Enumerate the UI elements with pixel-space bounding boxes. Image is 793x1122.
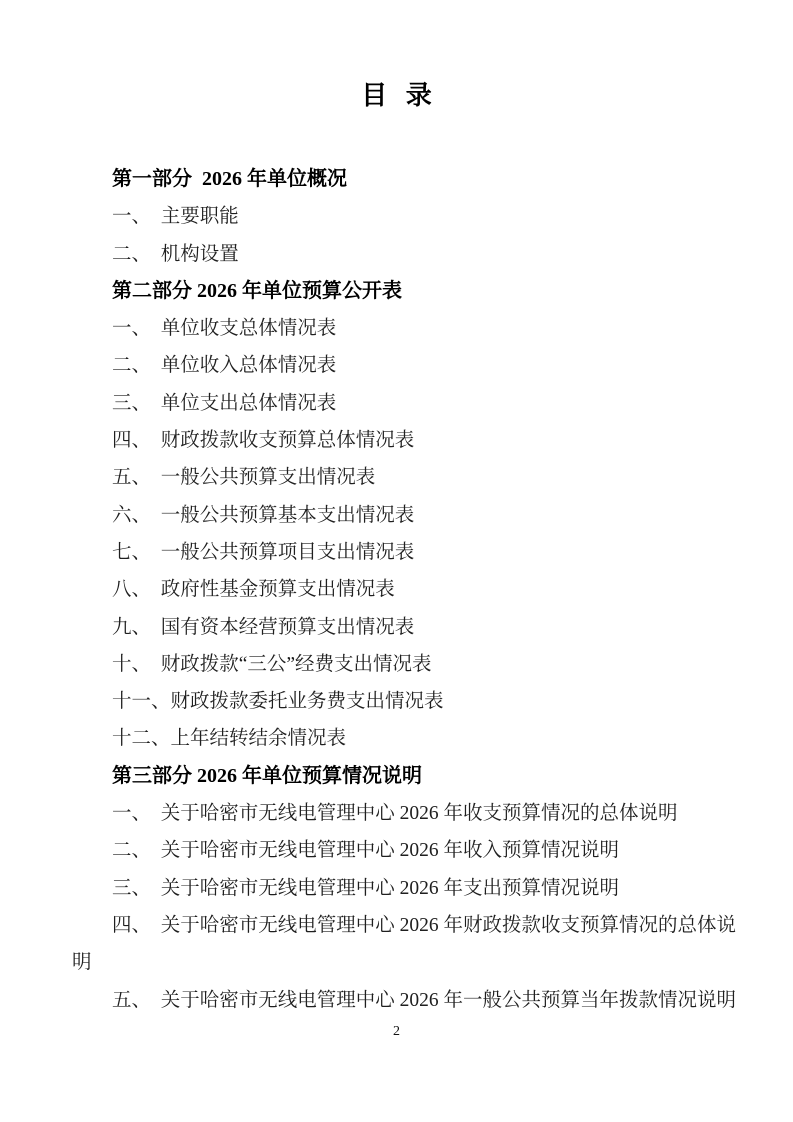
toc-entry: 六、 一般公共预算基本支出情况表 [72,497,743,534]
document-page: 目 录 第一部分 2026 年单位概况 一、 主要职能 二、 机构设置 第二部分… [0,0,793,1122]
toc-entry: 十、 财政拨款“三公”经费支出情况表 [72,646,743,683]
toc-entry: 一、 关于哈密市无线电管理中心 2026 年收支预算情况的总体说明 [72,795,743,832]
toc-entry: 四、 关于哈密市无线电管理中心 2026 年财政拨款收支预算情况的总体说明 [72,907,743,982]
toc-entry: 二、 机构设置 [72,236,743,273]
page-number: 2 [393,1024,400,1039]
page-footer: 2 [0,1022,793,1042]
toc-section-1: 第一部分 2026 年单位概况 一、 主要职能 二、 机构设置 [72,161,743,273]
toc-section-heading: 第三部分 2026 年单位预算情况说明 [72,758,743,795]
table-of-contents: 第一部分 2026 年单位概况 一、 主要职能 二、 机构设置 第二部分 202… [0,161,793,1019]
toc-section-heading: 第二部分 2026 年单位预算公开表 [72,273,743,310]
toc-entry: 八、 政府性基金预算支出情况表 [72,571,743,608]
toc-section-3: 第三部分 2026 年单位预算情况说明 一、 关于哈密市无线电管理中心 2026… [72,758,743,1019]
toc-entry: 三、 关于哈密市无线电管理中心 2026 年支出预算情况说明 [72,870,743,907]
toc-entry: 三、 单位支出总体情况表 [72,385,743,422]
toc-entry: 四、 财政拨款收支预算总体情况表 [72,422,743,459]
toc-entry: 十一、财政拨款委托业务费支出情况表 [72,683,743,720]
toc-entry: 七、 一般公共预算项目支出情况表 [72,534,743,571]
toc-entry: 五、 关于哈密市无线电管理中心 2026 年一般公共预算当年拨款情况说明 [72,982,743,1019]
page-title: 目 录 [0,0,793,112]
toc-entry: 二、 单位收入总体情况表 [72,347,743,384]
toc-entry: 九、 国有资本经营预算支出情况表 [72,609,743,646]
toc-section-2: 第二部分 2026 年单位预算公开表 一、 单位收支总体情况表 二、 单位收入总… [72,273,743,758]
toc-section-heading: 第一部分 2026 年单位概况 [72,161,743,198]
toc-entry: 一、 单位收支总体情况表 [72,310,743,347]
toc-entry: 一、 主要职能 [72,198,743,235]
toc-entry: 二、 关于哈密市无线电管理中心 2026 年收入预算情况说明 [72,832,743,869]
toc-entry: 十二、上年结转结余情况表 [72,720,743,757]
toc-entry: 五、 一般公共预算支出情况表 [72,459,743,496]
